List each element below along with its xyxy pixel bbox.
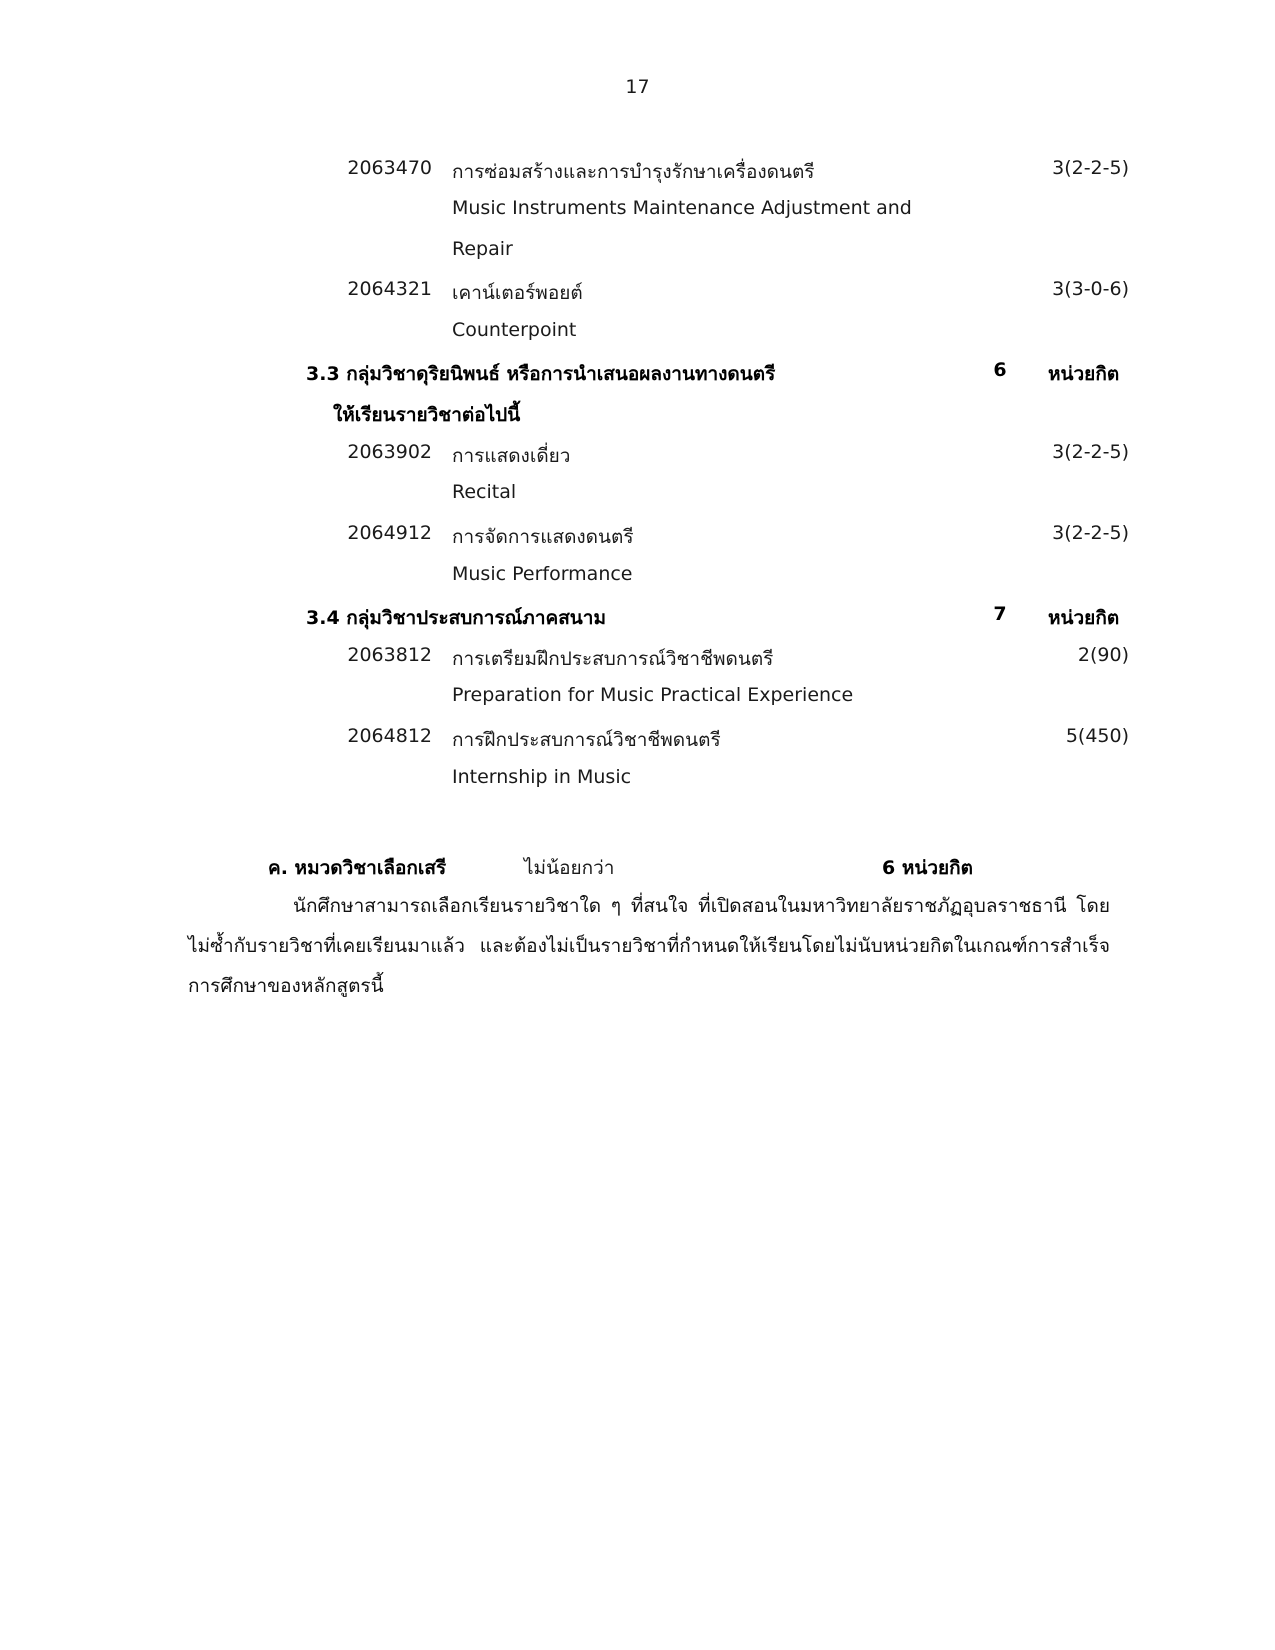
course-code: 2064321 [340, 278, 432, 300]
course-code: 2064912 [340, 522, 432, 544]
free-electives-credits: 6 หน่วยกิต [882, 853, 973, 883]
course-title-th: การฝึกประสบการณ์วิชาชีพดนตรี [452, 725, 721, 755]
course-title-en: Counterpoint [452, 319, 576, 341]
course-credit: 3(3-0-6) [980, 278, 1129, 300]
group-credit-unit: หน่วยกิต [1048, 359, 1119, 389]
paragraph-text: นักศึกษาสามารถเลือกเรียนรายวิชาใด ๆ ที่ส… [188, 895, 1110, 997]
course-credit: 3(2-2-5) [980, 522, 1129, 544]
course-credit: 2(90) [980, 644, 1129, 666]
group-heading-3-3: 3.3 กลุ่มวิชาดุริยนิพนธ์ หรือการนำเสนอผล… [306, 359, 775, 389]
course-title-en: Preparation for Music Practical Experien… [452, 684, 853, 706]
course-title-en: Music Instruments Maintenance Adjustment… [452, 197, 912, 219]
course-title-th: การแสดงเดี่ยว [452, 441, 570, 471]
course-code: 2063470 [340, 157, 432, 179]
course-credit: 3(2-2-5) [980, 157, 1129, 179]
page-number: 17 [0, 76, 1275, 98]
group-credit-count: 6 [990, 359, 1010, 381]
course-credit: 3(2-2-5) [980, 441, 1129, 463]
free-electives-paragraph: นักศึกษาสามารถเลือกเรียนรายวิชาใด ๆ ที่ส… [188, 886, 1110, 1006]
course-title-th: เคาน์เตอร์พอยต์ [452, 278, 583, 308]
course-title-th: การจัดการแสดงดนตรี [452, 522, 634, 552]
group-subheading: ให้เรียนรายวิชาต่อไปนี้ [333, 400, 520, 430]
course-title-en-cont: Repair [452, 238, 513, 260]
free-electives-qualifier: ไม่น้อยกว่า [524, 853, 614, 883]
course-credit: 5(450) [980, 725, 1129, 747]
free-electives-heading: ค. หมวดวิชาเลือกเสรี [268, 853, 446, 883]
course-title-en: Recital [452, 481, 516, 503]
group-credit-count: 7 [990, 603, 1010, 625]
course-title-th: การซ่อมสร้างและการบำรุงรักษาเครื่องดนตรี [452, 157, 815, 187]
course-code: 2063812 [340, 644, 432, 666]
course-title-th: การเตรียมฝึกประสบการณ์วิชาชีพดนตรี [452, 644, 773, 674]
course-title-en: Music Performance [452, 563, 633, 585]
course-code: 2064812 [340, 725, 432, 747]
group-heading-3-4: 3.4 กลุ่มวิชาประสบการณ์ภาคสนาม [306, 603, 606, 633]
course-code: 2063902 [340, 441, 432, 463]
course-title-en: Internship in Music [452, 766, 631, 788]
group-credit-unit: หน่วยกิต [1048, 603, 1119, 633]
